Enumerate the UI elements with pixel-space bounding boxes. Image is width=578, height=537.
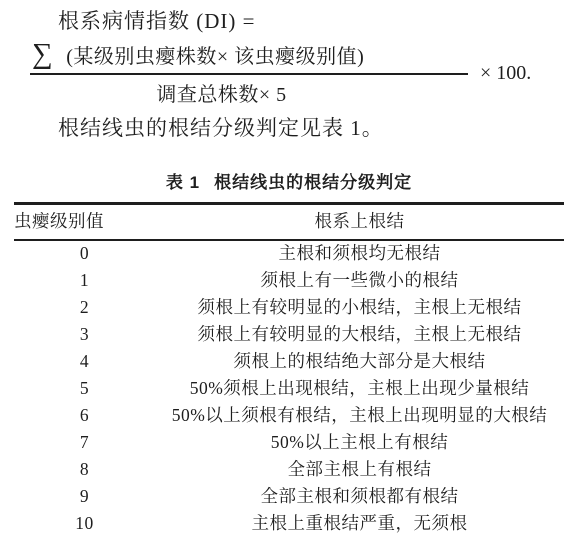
- table-row: 7 50%以上主根上有根结: [14, 430, 564, 457]
- gall-grade-value: 7: [14, 430, 155, 457]
- gall-grade-value: 9: [14, 484, 155, 511]
- table-row: 3 须根上有较明显的大根结，主根上无根结: [14, 322, 564, 349]
- root-knot-description: 全部主根上有根结: [155, 457, 564, 484]
- root-knot-description: 须根上有较明显的大根结，主根上无根结: [155, 322, 564, 349]
- gall-grade-value: 3: [14, 322, 155, 349]
- gall-grade-value: 1: [14, 268, 155, 295]
- formula-expression: ∑ (某级别虫瘿株数× 该虫瘿级别值) 调查总株数× 5 × 100.: [30, 40, 578, 107]
- root-knot-description: 50%须根上出现根结，主根上出现少量根结: [155, 376, 564, 403]
- formula-multiplier: × 100.: [480, 62, 531, 85]
- table-row: 8 全部主根上有根结: [14, 457, 564, 484]
- root-knot-grading-table: 虫瘿级别值 根系上根结 0 主根和须根均无根结 1 须根上有一些微小的根结 2 …: [14, 202, 564, 537]
- table-header-row: 虫瘿级别值 根系上根结: [14, 203, 564, 240]
- column-header-gall-grade: 虫瘿级别值: [14, 203, 155, 240]
- table-row: 2 须根上有较明显的小根结，主根上无根结: [14, 295, 564, 322]
- fraction-numerator: ∑ (某级别虫瘿株数× 该虫瘿级别值): [30, 40, 468, 75]
- gall-grade-value: 2: [14, 295, 155, 322]
- root-knot-description: 50%以上主根上有根结: [155, 430, 564, 457]
- gall-grade-value: 8: [14, 457, 155, 484]
- column-header-root-knot: 根系上根结: [155, 203, 564, 240]
- root-knot-description: 须根上有一些微小的根结: [155, 268, 564, 295]
- table-row: 5 50%须根上出现根结，主根上出现少量根结: [14, 376, 564, 403]
- root-knot-description: 全部主根和须根都有根结: [155, 484, 564, 511]
- table-row: 0 主根和须根均无根结: [14, 240, 564, 268]
- table-reference-sentence: 根结线虫的根结分级判定见表 1。: [58, 115, 578, 141]
- gall-grade-value: 4: [14, 349, 155, 376]
- gall-grade-value: 6: [14, 403, 155, 430]
- sigma-symbol: ∑: [32, 40, 53, 69]
- table-caption-title: 根结线虫的根结分级判定: [214, 173, 412, 192]
- gall-grade-value: 5: [14, 376, 155, 403]
- table-body: 0 主根和须根均无根结 1 须根上有一些微小的根结 2 须根上有较明显的小根结，…: [14, 240, 564, 537]
- table-header: 虫瘿级别值 根系上根结: [14, 203, 564, 240]
- table-caption-number: 表 1: [166, 173, 200, 192]
- table-row: 1 须根上有一些微小的根结: [14, 268, 564, 295]
- table-row: 4 须根上的根结绝大部分是大根结: [14, 349, 564, 376]
- root-knot-description: 须根上的根结绝大部分是大根结: [155, 349, 564, 376]
- table-row: 10 主根上重根结严重，无须根: [14, 511, 564, 537]
- table-row: 9 全部主根和须根都有根结: [14, 484, 564, 511]
- disease-index-formula: 根系病情指数 (DI) = ∑ (某级别虫瘿株数× 该虫瘿级别值) 调查总株数×…: [0, 8, 578, 142]
- root-knot-description: 50%以上须根有根结，主根上出现明显的大根结: [155, 403, 564, 430]
- root-knot-description: 须根上有较明显的小根结，主根上无根结: [155, 295, 564, 322]
- fraction-denominator: 调查总株数× 5: [30, 75, 468, 107]
- numerator-text: (某级别虫瘿株数× 该虫瘿级别值): [66, 40, 364, 69]
- document-page: 根系病情指数 (DI) = ∑ (某级别虫瘿株数× 该虫瘿级别值) 调查总株数×…: [0, 0, 578, 537]
- gall-grade-value: 0: [14, 240, 155, 268]
- table-row: 6 50%以上须根有根结，主根上出现明显的大根结: [14, 403, 564, 430]
- root-knot-description: 主根上重根结严重，无须根: [155, 511, 564, 537]
- table-caption: 表 1根结线虫的根结分级判定: [0, 168, 578, 193]
- fraction: ∑ (某级别虫瘿株数× 该虫瘿级别值) 调查总株数× 5: [30, 40, 468, 107]
- gall-grade-value: 10: [14, 511, 155, 537]
- root-knot-description: 主根和须根均无根结: [155, 240, 564, 268]
- formula-intro-line: 根系病情指数 (DI) =: [58, 8, 578, 34]
